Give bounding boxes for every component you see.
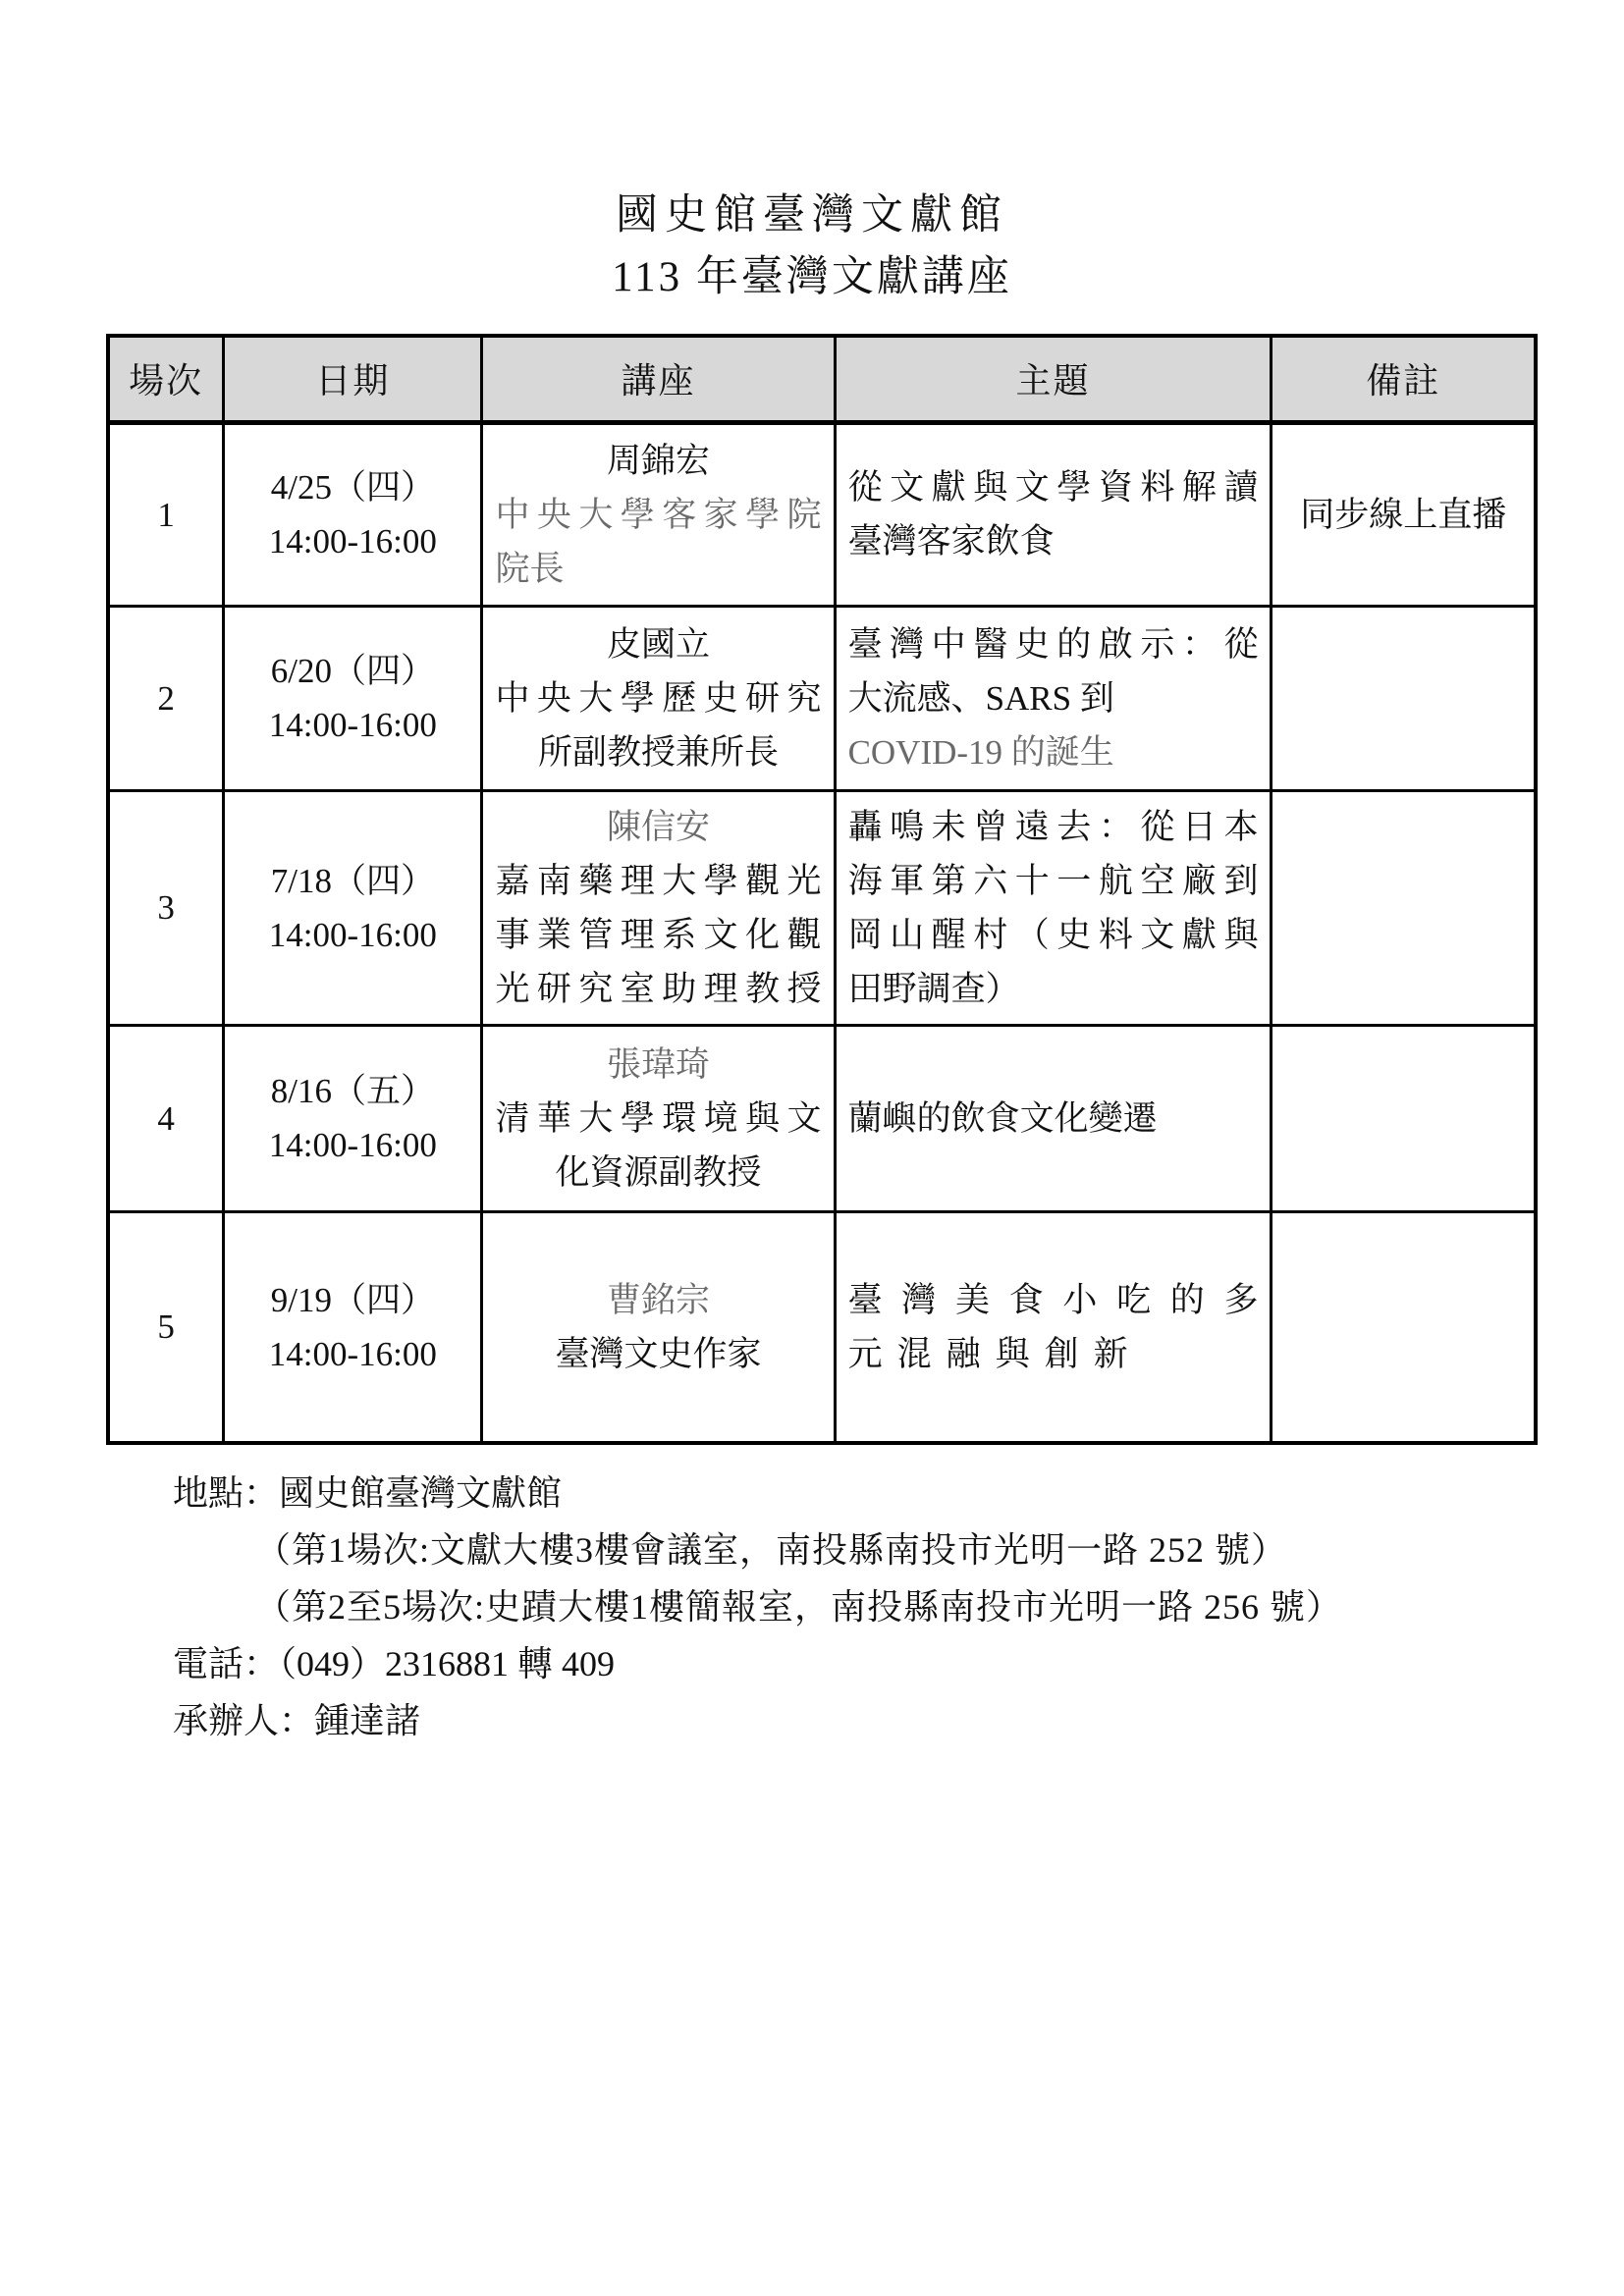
footer-venue-1: （第1場次:文獻大樓3樓會議室，南投縣南投市光明一路 252 號）	[173, 1522, 1624, 1578]
session-cell: 1	[108, 422, 224, 606]
cell-line: 院長	[495, 542, 821, 596]
footer-phone: 電話：（049）2316881 轉 409	[173, 1635, 1624, 1692]
date-cell: 9/19（四）14:00-16:00	[224, 1211, 482, 1443]
cell-line: 4	[122, 1092, 210, 1146]
topic-cell: 從文獻與文學資料解讀臺灣客家飲食	[835, 422, 1272, 606]
cell-line: 臺灣美食小吃的多	[848, 1273, 1259, 1327]
cell-line: 14:00-16:00	[237, 698, 468, 752]
table-row: 37/18（四）14:00-16:00陳信安嘉南藥理大學觀光事業管理系文化觀光研…	[108, 790, 1536, 1025]
remark-cell	[1272, 790, 1536, 1025]
table-row: 48/16（五）14:00-16:00張瑋琦清華大學環境與文化資源副教授蘭嶼的飲…	[108, 1025, 1536, 1211]
column-header-date: 日期	[224, 336, 482, 422]
cell-line: 8/16（五）	[237, 1064, 468, 1118]
cell-line: 中央大學歷史研究	[495, 671, 821, 725]
lecturer-cell: 皮國立中央大學歷史研究所副教授兼所長	[482, 606, 835, 790]
cell-line: 臺灣客家飲食	[848, 514, 1259, 568]
cell-line: 海軍第六十一航空廠到	[848, 854, 1259, 908]
cell-line: 化資源副教授	[495, 1146, 821, 1200]
schedule-table-body: 14/25（四）14:00-16:00周錦宏中央大學客家學院院長從文獻與文學資料…	[108, 422, 1536, 1443]
table-header-row: 場次 日期 講座 主題 備註	[108, 336, 1536, 422]
topic-cell: 轟鳴未曾遠去：從日本海軍第六十一航空廠到岡山醒村（史料文獻與田野調查）	[835, 790, 1272, 1025]
cell-line: 6/20（四）	[237, 644, 468, 698]
column-header-session: 場次	[108, 336, 224, 422]
column-header-topic: 主題	[835, 336, 1272, 422]
cell-line: 張瑋琦	[495, 1038, 821, 1092]
cell-line: 田野調查）	[848, 962, 1259, 1016]
session-cell: 5	[108, 1211, 224, 1443]
topic-cell: 臺灣美食小吃的多元混融與創新	[835, 1211, 1272, 1443]
cell-line: 2	[122, 671, 210, 725]
cell-line: 清華大學環境與文	[495, 1092, 821, 1146]
cell-line: 嘉南藥理大學觀光	[495, 854, 821, 908]
cell-line: 周錦宏	[495, 434, 821, 488]
cell-line: 元混融與創新	[848, 1327, 1259, 1381]
lecture-schedule-table: 場次 日期 講座 主題 備註 14/25（四）14:00-16:00周錦宏中央大…	[106, 334, 1538, 1445]
table-row: 26/20（四）14:00-16:00皮國立中央大學歷史研究所副教授兼所長臺灣中…	[108, 606, 1536, 790]
footer-location: 地點：國史館臺灣文獻館	[173, 1465, 1624, 1522]
cell-line: 同步線上直播	[1284, 488, 1522, 542]
remark-cell: 同步線上直播	[1272, 422, 1536, 606]
cell-line: 蘭嶼的飲食文化變遷	[848, 1092, 1259, 1146]
remark-cell	[1272, 1211, 1536, 1443]
column-header-remark: 備註	[1272, 336, 1536, 422]
column-header-lecturer: 講座	[482, 336, 835, 422]
cell-line: 14:00-16:00	[237, 908, 468, 962]
date-cell: 6/20（四）14:00-16:00	[224, 606, 482, 790]
lecturer-cell: 陳信安嘉南藥理大學觀光事業管理系文化觀光研究室助理教授	[482, 790, 835, 1025]
footer-contact: 承辦人：鍾達諸	[173, 1692, 1624, 1749]
cell-line: 14:00-16:00	[237, 514, 468, 568]
session-cell: 2	[108, 606, 224, 790]
cell-line: 臺灣中醫史的啟示：從	[848, 617, 1259, 671]
cell-line: 岡山醒村（史料文獻與	[848, 908, 1259, 962]
cell-line: 所副教授兼所長	[495, 725, 821, 779]
cell-line: 皮國立	[495, 617, 821, 671]
date-cell: 8/16（五）14:00-16:00	[224, 1025, 482, 1211]
topic-cell: 臺灣中醫史的啟示：從大流感、SARS 到COVID-19 的誕生	[835, 606, 1272, 790]
cell-line: 14:00-16:00	[237, 1327, 468, 1381]
cell-line: 14:00-16:00	[237, 1118, 468, 1172]
topic-cell: 蘭嶼的飲食文化變遷	[835, 1025, 1272, 1211]
cell-line: COVID-19 的誕生	[848, 725, 1259, 779]
cell-line: 從文獻與文學資料解讀	[848, 460, 1259, 514]
remark-cell	[1272, 1025, 1536, 1211]
cell-line: 轟鳴未曾遠去：從日本	[848, 800, 1259, 854]
table-row: 59/19（四）14:00-16:00曹銘宗臺灣文史作家臺灣美食小吃的多元混融與…	[108, 1211, 1536, 1443]
cell-line: 3	[122, 881, 210, 934]
cell-line: 9/19（四）	[237, 1273, 468, 1327]
page-title: 國史館臺灣文獻館	[0, 0, 1624, 245]
cell-line: 陳信安	[495, 800, 821, 854]
cell-line: 光研究室助理教授	[495, 962, 821, 1016]
cell-line: 事業管理系文化觀	[495, 908, 821, 962]
cell-line: 1	[122, 488, 210, 542]
cell-line: 中央大學客家學院	[495, 488, 821, 542]
cell-line: 7/18（四）	[237, 854, 468, 908]
lecturer-cell: 曹銘宗臺灣文史作家	[482, 1211, 835, 1443]
cell-line: 臺灣文史作家	[495, 1327, 821, 1381]
lecturer-cell: 張瑋琦清華大學環境與文化資源副教授	[482, 1025, 835, 1211]
document-page: 國史館臺灣文獻館 113 年臺灣文獻講座 場次 日期 講座 主題 備註 14/2…	[0, 0, 1624, 2296]
cell-line: 4/25（四）	[237, 460, 468, 514]
footer-notes: 地點：國史館臺灣文獻館 （第1場次:文獻大樓3樓會議室，南投縣南投市光明一路 2…	[173, 1465, 1624, 1749]
session-cell: 3	[108, 790, 224, 1025]
table-row: 14/25（四）14:00-16:00周錦宏中央大學客家學院院長從文獻與文學資料…	[108, 422, 1536, 606]
cell-line: 曹銘宗	[495, 1273, 821, 1327]
session-cell: 4	[108, 1025, 224, 1211]
date-cell: 7/18（四）14:00-16:00	[224, 790, 482, 1025]
cell-line: 5	[122, 1300, 210, 1354]
page-subtitle: 113 年臺灣文獻講座	[0, 245, 1624, 310]
footer-venue-2: （第2至5場次:史蹟大樓1樓簡報室，南投縣南投市光明一路 256 號）	[173, 1578, 1624, 1635]
remark-cell	[1272, 606, 1536, 790]
date-cell: 4/25（四）14:00-16:00	[224, 422, 482, 606]
lecturer-cell: 周錦宏中央大學客家學院院長	[482, 422, 835, 606]
cell-line: 大流感、SARS 到	[848, 671, 1259, 725]
